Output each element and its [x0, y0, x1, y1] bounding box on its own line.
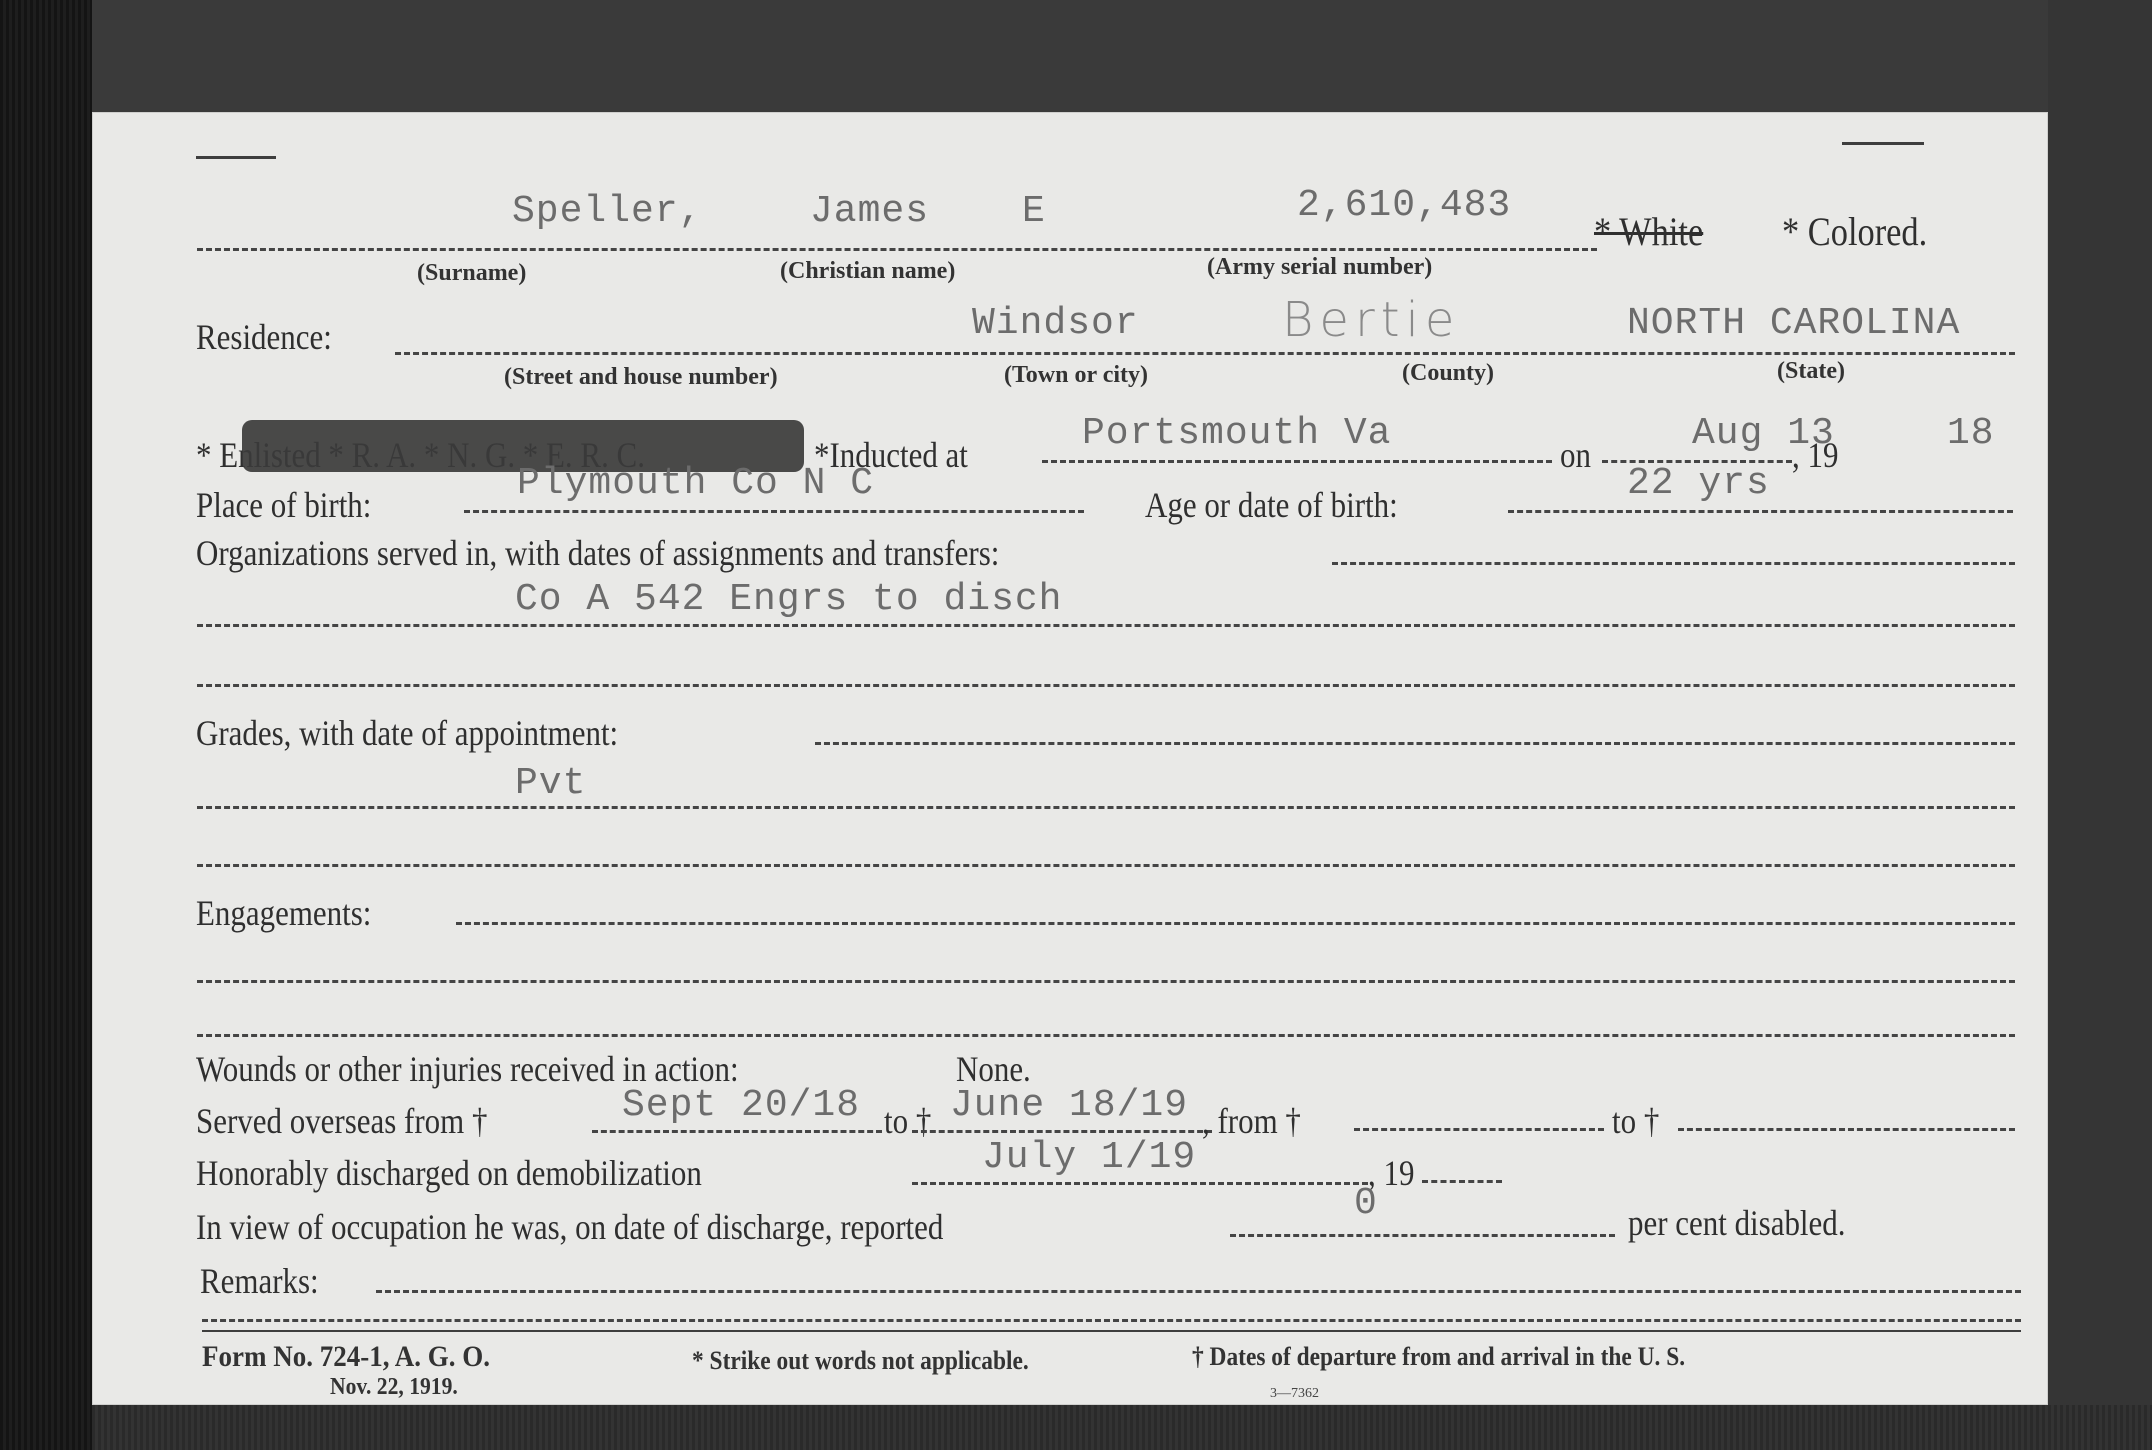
discharge-date-value: July 1/19 [982, 1136, 1196, 1179]
disability-suffix: per cent disabled. [1628, 1202, 1845, 1244]
place-of-birth-value: Plymouth Co N C [517, 462, 874, 505]
overseas-departure-value: Sept 20/18 [622, 1084, 860, 1127]
scan-background-left [0, 0, 92, 1450]
residence-county-value: Bertie [1282, 292, 1460, 348]
form-date: Nov. 22, 1919. [330, 1374, 458, 1401]
engagements-line-0 [456, 922, 2015, 925]
engagements-line-2 [197, 1034, 2015, 1037]
county-caption: (County) [1402, 360, 1494, 387]
discharge-date-line [912, 1182, 1368, 1185]
overseas-arrival-value: June 18/19 [950, 1084, 1188, 1127]
surname-value: Speller, [512, 190, 702, 233]
scan-background-bottom [92, 1405, 2152, 1450]
town-caption: (Town or city) [1004, 362, 1148, 389]
residence-line [395, 352, 2015, 355]
grades-line-2 [197, 864, 2015, 867]
middle-initial-value: E [1022, 190, 1046, 233]
service-record-card: Speller, James E 2,610,483 * White * Col… [92, 112, 2048, 1405]
engagements-line-1 [197, 980, 2015, 983]
age-value: 22 yrs [1627, 462, 1770, 505]
disability-label: In view of occupation he was, on date of… [196, 1206, 943, 1248]
on-label: on [1560, 434, 1591, 476]
state-caption: (State) [1777, 358, 1845, 385]
discharge-label: Honorably discharged on demobilization [196, 1152, 702, 1194]
grades-line-1 [197, 806, 2015, 809]
race-colored-option: * Colored. [1782, 208, 1927, 255]
overseas-label: Served overseas from † [196, 1100, 487, 1142]
grade-entry: Pvt [515, 762, 586, 805]
race-white-option: * White [1594, 208, 1703, 255]
grades-label: Grades, with date of appointment: [196, 712, 618, 754]
place-of-birth-line [464, 510, 1084, 513]
overseas-to-2-label: to † [1612, 1100, 1659, 1142]
serial-number-value: 2,610,483 [1297, 184, 1511, 227]
residence-state-value: NORTH CAROLINA [1627, 302, 1960, 345]
serial-number-caption: (Army serial number) [1207, 254, 1432, 281]
organizations-line-1 [197, 624, 2015, 627]
street-caption: (Street and house number) [504, 364, 778, 391]
induction-year-prefix: , 19 [1792, 434, 1838, 476]
organizations-label: Organizations served in, with dates of a… [196, 532, 999, 574]
christian-name-caption: (Christian name) [780, 258, 955, 285]
age-line [1508, 510, 2013, 513]
overseas-from-2-label: , from † [1202, 1100, 1301, 1142]
grades-line-0 [815, 742, 2015, 745]
engagements-label: Engagements: [196, 892, 371, 934]
inducted-line [1042, 460, 1552, 463]
overseas-to-2-line [1678, 1128, 2015, 1131]
residence-label: Residence: [196, 316, 332, 358]
place-of-birth-label: Place of birth: [196, 484, 371, 526]
surname-caption: (Surname) [417, 260, 526, 287]
age-label: Age or date of birth: [1145, 484, 1398, 526]
organizations-line-0 [1332, 562, 2015, 565]
discharge-year-line [1422, 1180, 1502, 1183]
overseas-to-label: to † [884, 1100, 931, 1142]
scan-background-right [2048, 0, 2152, 1405]
remarks-line-1 [202, 1319, 2021, 1322]
christian-name-value: James [810, 190, 929, 233]
organizations-line-2 [197, 684, 2015, 687]
dates-note: † Dates of departure from and arrival in… [1192, 1342, 1685, 1372]
disability-line [1230, 1234, 1615, 1237]
top-right-rule [1842, 142, 1924, 145]
overseas-from-2-line [1354, 1128, 1604, 1131]
overseas-arrival-line [912, 1130, 1212, 1133]
name-line [197, 248, 1597, 251]
strike-out-note: * Strike out words not applicable. [692, 1346, 1029, 1376]
overseas-departure-line [592, 1130, 882, 1133]
footer-rule [202, 1330, 2021, 1332]
remarks-label: Remarks: [200, 1260, 319, 1302]
residence-town-value: Windsor [972, 302, 1139, 345]
inducted-place-value: Portsmouth Va [1082, 412, 1391, 455]
induction-year-value: 18 [1947, 412, 1995, 455]
form-number: Form No. 724-1, A. G. O. [202, 1340, 490, 1374]
top-left-rule [196, 156, 276, 159]
print-code: 3—7362 [1270, 1386, 1319, 1402]
remarks-line-0 [376, 1290, 2021, 1293]
disability-percent-value: 0 [1354, 1182, 1378, 1225]
organization-entry: Co A 542 Engrs to disch [515, 578, 1063, 621]
